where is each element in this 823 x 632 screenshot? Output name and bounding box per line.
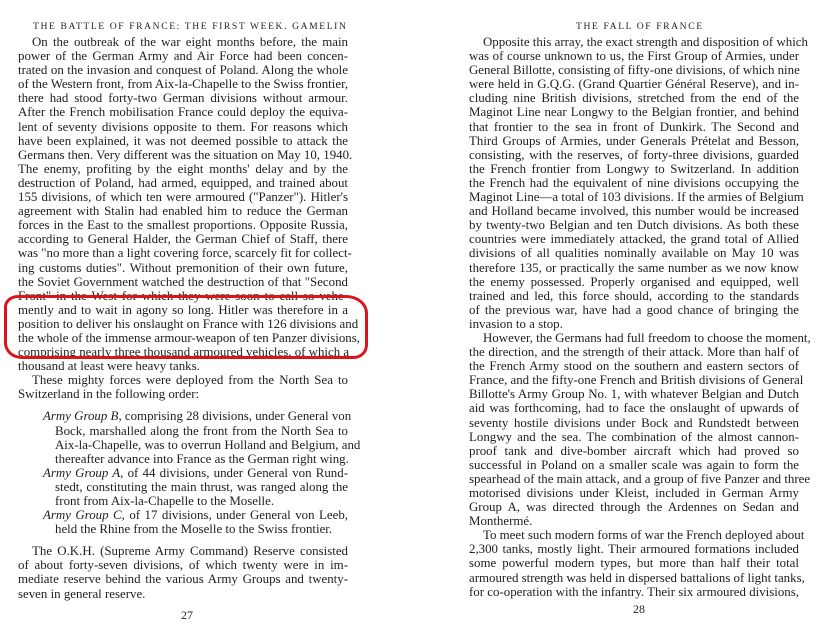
text-line: lent of seventy divisions opposite to th… — [18, 120, 348, 134]
text-line: therefore 135, or practically the same n… — [469, 261, 799, 275]
text-line: have been explained, it was not deemed p… — [18, 134, 348, 148]
text-line: there had stood forty-two German divisio… — [18, 91, 348, 105]
text-line: the French Army stood on the southern an… — [469, 359, 799, 373]
text-line: power of the German Army and Air Force h… — [18, 49, 348, 63]
text-line: aid was forthcoming, had to face the ons… — [469, 401, 799, 415]
text-line: the French frontier from Longwy to Switz… — [469, 162, 799, 176]
text-line: Germans then. Very different was the sit… — [18, 148, 348, 162]
text-line: was of course unknown to us, the First G… — [469, 49, 799, 63]
text-line: stedt, constituting the main thrust, was… — [18, 480, 348, 494]
text-line: of about forty-seven divisions, of which… — [18, 558, 348, 572]
text-line: agreement with Stalin had enabled him to… — [18, 204, 348, 218]
text-line: position to deliver his onslaught on Fra… — [18, 317, 348, 331]
text-line: Switzerland in the following order: — [18, 387, 348, 401]
text-line: However, the Germans had full freedom to… — [469, 331, 799, 345]
text-line: the French had the equivalent of nine di… — [469, 176, 799, 190]
italic-term: Army Group C — [43, 508, 122, 522]
text-line: consisting, with the reserves, of forty-… — [469, 148, 799, 162]
body-text: Opposite this array, the exact strength … — [469, 35, 799, 599]
text-line: The enemy, profiting by the eight months… — [18, 162, 348, 176]
text-line: the whole of the immense armour-weapon o… — [18, 331, 348, 345]
text-line: Longwy and the sea. The combination of t… — [469, 430, 799, 444]
text-line: proof tank and dive-bomber aircraft whic… — [469, 444, 799, 458]
page-number: 27 — [181, 608, 193, 623]
text-line: motorised divisions under Kleist, includ… — [469, 486, 799, 500]
text-line: countries were immediately attacked, the… — [469, 232, 799, 246]
text-line: Army Group A, of 44 divisions, under Gen… — [18, 466, 348, 480]
text-line: armoured strength was held in dispersed … — [469, 571, 799, 585]
running-head: THE BATTLE OF FRANCE: THE FIRST WEEK. GA… — [33, 21, 348, 32]
text-line: 155 divisions, of which ten were armoure… — [18, 190, 348, 204]
italic-term: Army Group B — [43, 409, 118, 423]
text-line: On the outbreak of the war eight months … — [18, 35, 348, 49]
running-head: THE FALL OF FRANCE — [576, 21, 704, 32]
italic-term: Army Group A — [43, 466, 120, 480]
text-line: After the French mobilisation France cou… — [18, 105, 348, 119]
text-line: forces in the East to the smallest propo… — [18, 218, 348, 232]
text-line: thousand at least were heavy tanks. — [18, 359, 348, 373]
text-line: trated on the invasion and conquest of P… — [18, 63, 348, 77]
text-line: the Soviet Government watched the destru… — [18, 275, 348, 289]
text-line: thereafter advance into France as the Ge… — [18, 452, 348, 466]
text-line: mediate reserve behind the various Army … — [18, 572, 348, 586]
text-line: seven in general reserve. — [18, 587, 348, 601]
text-line: by twenty-two Belgian and ten Dutch divi… — [469, 218, 799, 232]
text-line: comprising nearly three thousand armoure… — [18, 345, 348, 359]
text-line: that frontier to the sea in front of Dun… — [469, 120, 799, 134]
text-line: held the Rhine from the Moselle to the S… — [18, 522, 348, 536]
text-line: according to General Halder, the German … — [18, 232, 348, 246]
text-line: was "no more than a light covering force… — [18, 246, 348, 260]
text-line: the direction, and the strength of their… — [469, 345, 799, 359]
text-line: ing customs duties". Without premonition… — [18, 261, 348, 275]
text-line: seventy hostile divisions under Bock and… — [469, 416, 799, 430]
text-line: of the previous war, have had a good cha… — [469, 303, 799, 317]
text-line: front from Aix-la-Chapelle to the Mosell… — [18, 494, 348, 508]
text-line: Front" in the West for which they were s… — [18, 289, 348, 303]
text-line: Maginot Line—a total of 103 divisions. I… — [469, 190, 799, 204]
text-line: for co-operation with the infantry. Thei… — [469, 585, 799, 599]
text-line: Maginot Line near Longwy to the Belgian … — [469, 105, 799, 119]
text-line: General Billotte, consisting of fifty-on… — [469, 63, 799, 77]
right-page: THE FALL OF FRANCE Opposite this array, … — [440, 0, 823, 632]
text-line: mently and to wait in agony so long. Hit… — [18, 303, 348, 317]
text-line: 2,300 tanks, mostly light. Their armoure… — [469, 542, 799, 556]
text-line: of the Western front, from Aix-la-Chapel… — [18, 77, 348, 91]
text-line: The O.K.H. (Supreme Army Command) Reserv… — [18, 544, 348, 558]
left-page: THE BATTLE OF FRANCE: THE FIRST WEEK. GA… — [0, 0, 412, 632]
text-line: Opposite this array, the exact strength … — [469, 35, 799, 49]
text-line: divisions of all qualities nominally ava… — [469, 246, 799, 260]
text-line: the enemy possessed. Properly organised … — [469, 275, 799, 289]
text-line: To meet such modern forms of war the Fre… — [469, 528, 799, 542]
text-line: were held in G.Q.G. (Grand Quartier Géné… — [469, 77, 799, 91]
text-line: France, and the fifty-one French and Bri… — [469, 373, 799, 387]
text-line: destruction of Poland, had armed, equipp… — [18, 176, 348, 190]
text-line: Army Group B, comprising 28 divisions, u… — [18, 409, 348, 423]
text-line: Bock, marshalled along the front from th… — [18, 424, 348, 438]
text-line: Group A, was directed through the Ardenn… — [469, 500, 799, 514]
text-line: Monthermé. — [469, 514, 799, 528]
text-line: Army Group C, of 17 divisions, under Gen… — [18, 508, 348, 522]
text-line: cluding nine British divisions, stretche… — [469, 91, 799, 105]
text-line: and Holland became involved, this number… — [469, 204, 799, 218]
text-line: trained and led, this force should, acco… — [469, 289, 799, 303]
text-line: Aix-la-Chapelle, was to overrun Holland … — [18, 438, 348, 452]
text-line: some powerful modern types, but more tha… — [469, 556, 799, 570]
text-line: Third Groups of Armies, under Generals P… — [469, 134, 799, 148]
text-line: invasion to a stop. — [469, 317, 799, 331]
text-line: Billotte's Army Group No. 1, with whatev… — [469, 387, 799, 401]
body-text: On the outbreak of the war eight months … — [18, 35, 348, 601]
text-line: successful in Poland on a smaller scale … — [469, 458, 799, 472]
page-number: 28 — [633, 602, 645, 617]
text-line: These mighty forces were deployed from t… — [18, 373, 348, 387]
text-line: spearhead of the main attack, and a grou… — [469, 472, 799, 486]
